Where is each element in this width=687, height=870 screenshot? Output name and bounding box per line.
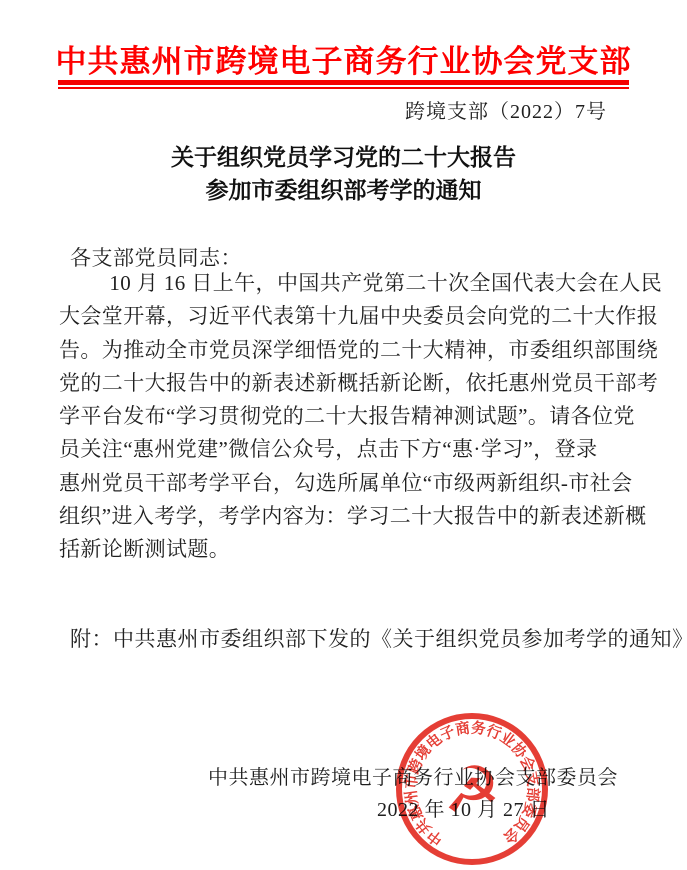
body-line: 告。为推动全市党员深学细悟党的二十大精神，市委组织部围绕 [59, 334, 634, 367]
document-number: 跨境支部（2022）7号 [405, 95, 607, 124]
body-line: 10 月 16 日上午，中国共产党第二十次全国代表大会在人民 [59, 267, 634, 300]
document-title-line2: 参加市委组织部考学的通知 [0, 174, 687, 207]
letterhead-divider [58, 80, 629, 89]
body-line: 组织”进入考学，考学内容为：学习二十大报告中的新表述新概 [59, 500, 634, 533]
signature-org-name: 中共惠州市跨境电子商务行业协会支部委员会 [208, 761, 618, 790]
attachment-note: 附：中共惠州市委组织部下发的《关于组织党员参加考学的通知》 [70, 623, 687, 653]
document-page: 中共惠州市跨境电子商务行业协会党支部 跨境支部（2022）7号 关于组织党员学习… [0, 0, 687, 870]
body-line: 学平台发布“学习贯彻党的二十大报告精神测试题”。请各位党 [59, 400, 634, 433]
body-line: 党的二十大报告中的新表述新概括新论断，依托惠州党员干部考 [59, 367, 634, 400]
body-line: 括新论断测试题。 [59, 533, 634, 566]
body-line: 惠州党员干部考学平台，勾选所属单位“市级两新组织-市社会 [59, 467, 634, 500]
body-line: 大会堂开幕，习近平代表第十九届中央委员会向党的二十大作报 [59, 300, 634, 333]
signature-date: 2022 年 10 月 27 日 [377, 793, 550, 822]
document-title-line1: 关于组织党员学习党的二十大报告 [0, 141, 687, 174]
letterhead-org-name: 中共惠州市跨境电子商务行业协会党支部 [0, 36, 687, 81]
body-line: 员关注“惠州党建”微信公众号，点击下方“惠·学习”，登录 [59, 433, 634, 466]
body-paragraph: 10 月 16 日上午，中国共产党第二十次全国代表大会在人民大会堂开幕，习近平代… [59, 267, 634, 567]
document-title: 关于组织党员学习党的二十大报告 参加市委组织部考学的通知 [0, 141, 687, 207]
